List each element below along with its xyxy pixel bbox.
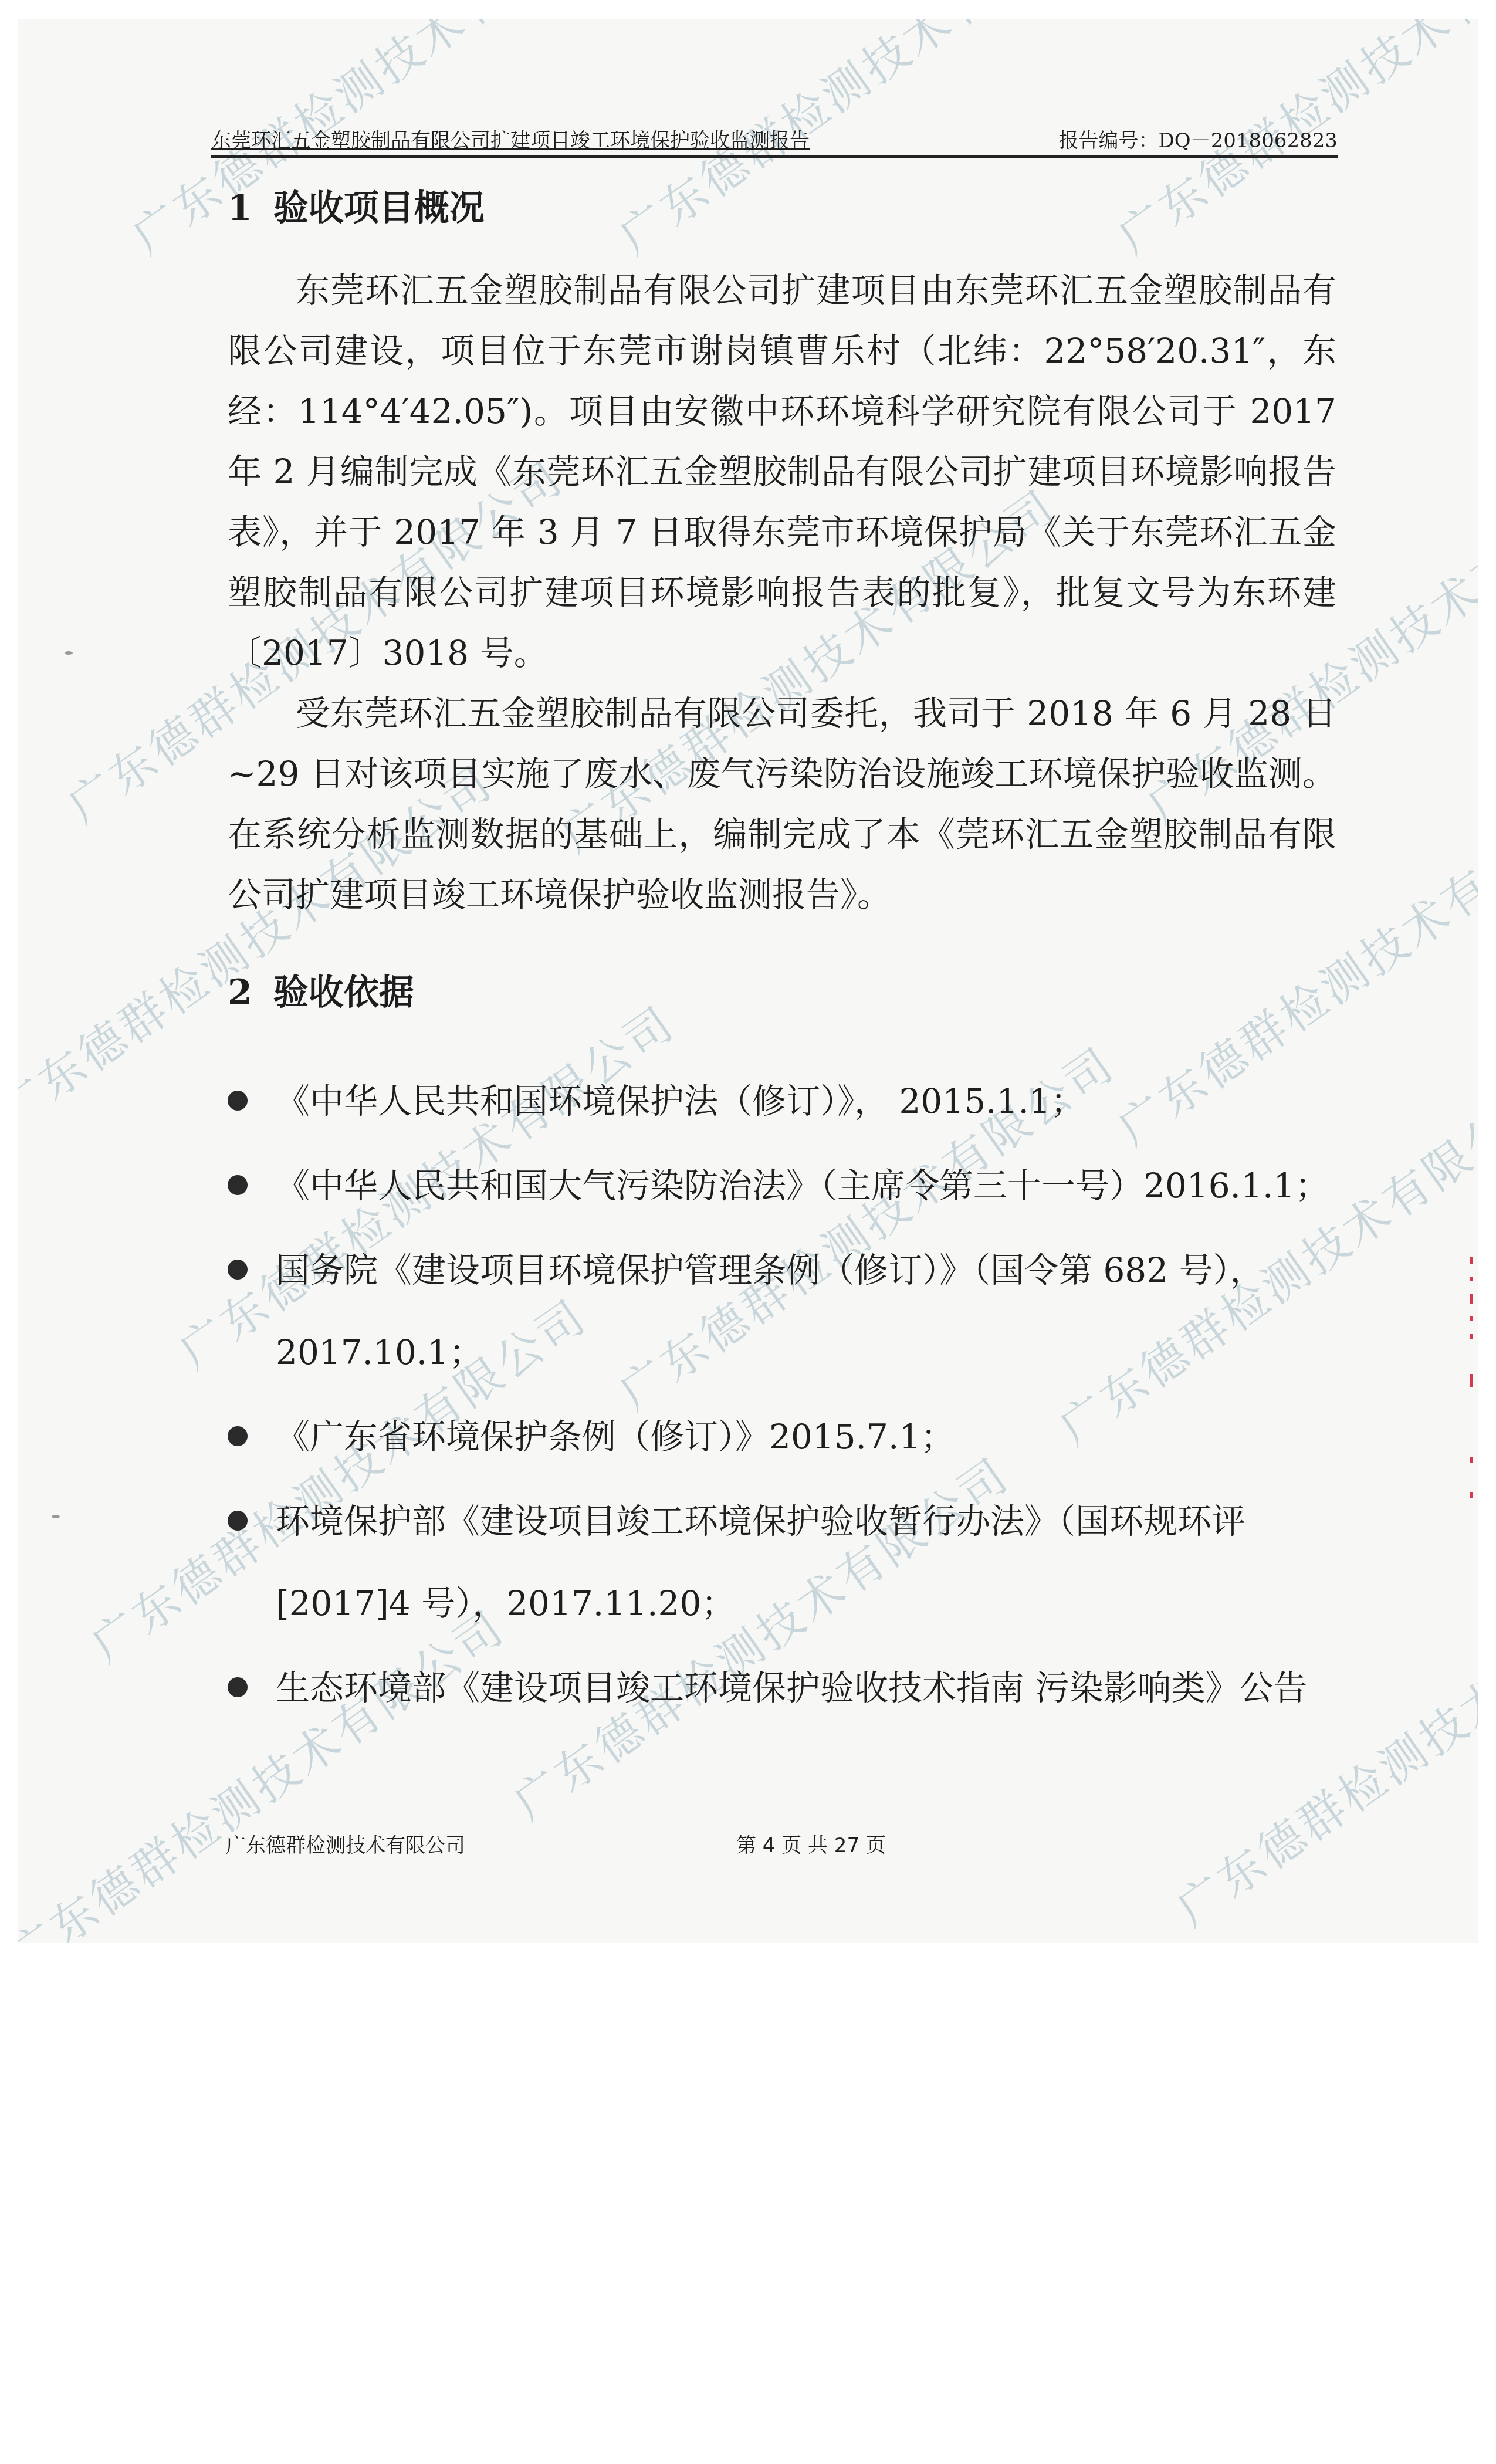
list-item-text: 《广东省环境保护条例（修订）》2015.7.1； (276, 1417, 955, 1457)
bullet-icon (228, 1260, 248, 1280)
section-heading: 2验收依据 (228, 960, 1336, 1025)
section-number: 2 (228, 972, 252, 1013)
reference-list: 《中华人民共和国环境保护法（修订）》， 2015.1.1； 《中华人民共和国大气… (228, 1060, 1336, 1729)
section-heading: 1验收项目概况 (228, 176, 1336, 241)
bullet-icon (228, 1091, 248, 1111)
list-item-text: 环境保护部《建设项目竣工环境保护验收暂行办法》（国环规环评 (276, 1501, 1245, 1541)
footer-company: 广东德群检测技术有限公司 (226, 1829, 465, 1858)
section-number: 1 (228, 188, 252, 229)
list-item: 《中华人民共和国大气污染防治法》（主席令第三十一号）2016.1.1； (228, 1145, 1336, 1227)
page-content: 1验收项目概况 东莞环汇五金塑胶制品有限公司扩建项目由东莞环汇五金塑胶制品有限公… (228, 176, 1336, 1731)
list-item-text: 《中华人民共和国大气污染防治法》（主席令第三十一号）2016.1.1； (276, 1166, 1329, 1206)
paragraph: 东莞环汇五金塑胶制品有限公司扩建项目由东莞环汇五金塑胶制品有限公司建设，项目位于… (228, 260, 1336, 683)
footer-page-number: 第 4 页 共 27 页 (736, 1829, 886, 1858)
section-title: 验收依据 (273, 972, 414, 1013)
list-item-continuation: [2017]4 号），2017.11.20； (276, 1562, 1336, 1644)
list-item: 生态环境部《建设项目竣工环境保护验收技术指南 污染影响类》公告 (228, 1647, 1336, 1729)
section-basis: 2验收依据 《中华人民共和国环境保护法（修订）》， 2015.1.1； 《中华人… (228, 960, 1336, 1729)
list-item-text: 《中华人民共和国环境保护法（修订）》， 2015.1.1； (276, 1081, 1085, 1121)
report-number-value: DQ－2018062823 (1159, 129, 1338, 153)
bullet-icon (228, 1677, 248, 1697)
section-title: 验收项目概况 (273, 188, 485, 229)
list-item: 国务院《建设项目环境保护管理条例（修订）》（国令第 682 号）， 2017.1… (228, 1229, 1336, 1393)
paragraph: 受东莞环汇五金塑胶制品有限公司委托，我司于 2018 年 6 月 28 日~29… (228, 683, 1336, 925)
report-title: 东莞环汇五金塑胶制品有限公司扩建项目竣工环境保护验收监测报告 (211, 124, 810, 153)
list-item-text: 国务院《建设项目环境保护管理条例（修订）》（国令第 682 号）， (276, 1250, 1264, 1290)
bullet-icon (228, 1175, 248, 1195)
bullet-icon (228, 1426, 248, 1446)
list-item: 《中华人民共和国环境保护法（修订）》， 2015.1.1； (228, 1060, 1336, 1142)
list-item-text: 生态环境部《建设项目竣工环境保护验收技术指南 污染影响类》公告 (276, 1668, 1307, 1708)
report-number-label: 报告编号： (1059, 129, 1159, 153)
bullet-icon (228, 1511, 248, 1531)
list-item-continuation: 2017.10.1； (276, 1311, 1336, 1393)
section-overview: 1验收项目概况 东莞环汇五金塑胶制品有限公司扩建项目由东莞环汇五金塑胶制品有限公… (228, 176, 1336, 925)
list-item: 环境保护部《建设项目竣工环境保护验收暂行办法》（国环规环评 [2017]4 号）… (228, 1480, 1336, 1644)
report-number: 报告编号：DQ－2018062823 (1059, 124, 1338, 153)
red-edge-marks (1470, 1257, 1474, 1511)
list-item: 《广东省环境保护条例（修订）》2015.7.1； (228, 1396, 1336, 1478)
scan-speck (65, 651, 73, 655)
scan-speck (52, 1515, 60, 1518)
page-header: 东莞环汇五金塑胶制品有限公司扩建项目竣工环境保护验收监测报告 报告编号：DQ－2… (211, 120, 1338, 158)
